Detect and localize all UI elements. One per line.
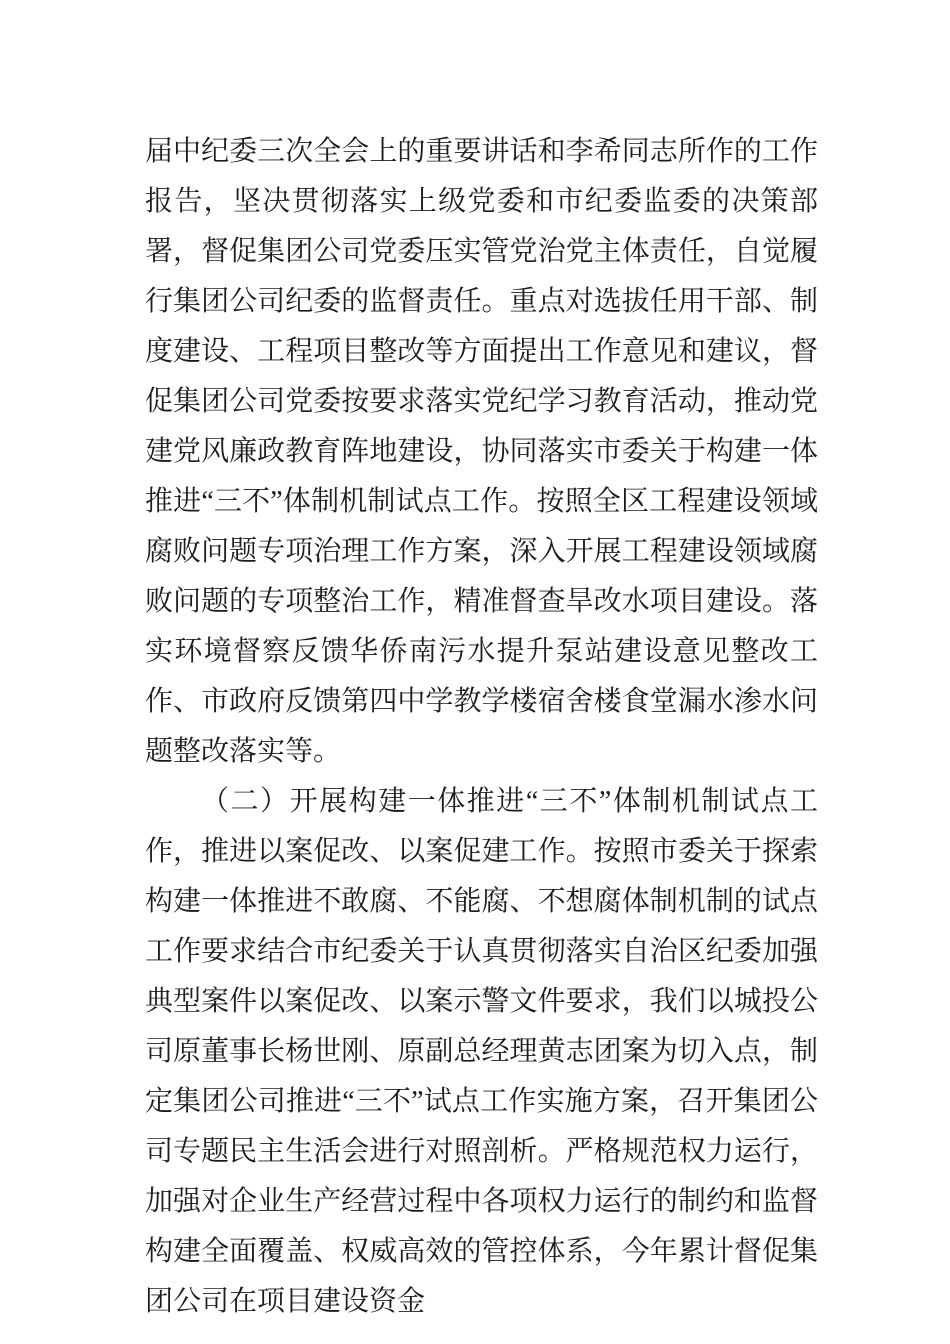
paragraph: （二）开展构建一体推进“三不”体制机制试点工作，推进以案促改、以案促建工作。按照… [145, 777, 818, 1327]
document-page: 届中纪委三次全会上的重要讲话和李希同志所作的工作报告，坚决贯彻落实上级党委和市纪… [0, 0, 950, 1344]
document-body: 届中纪委三次全会上的重要讲话和李希同志所作的工作报告，坚决贯彻落实上级党委和市纪… [145, 127, 818, 1327]
paragraph: 届中纪委三次全会上的重要讲话和李希同志所作的工作报告，坚决贯彻落实上级党委和市纪… [145, 127, 818, 777]
